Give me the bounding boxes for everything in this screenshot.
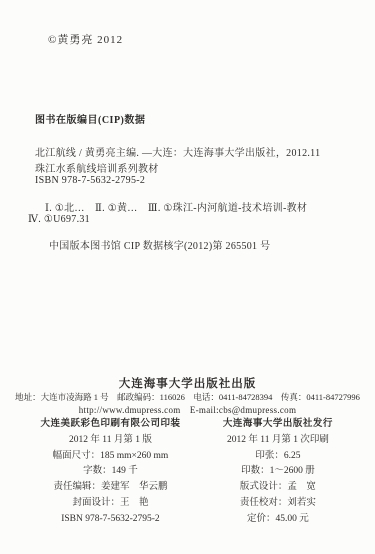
- copyright-notice: ©黄勇亮 2012: [48, 31, 123, 47]
- cip-isbn-line: ISBN 978-7-5632-2795-2: [35, 175, 145, 186]
- colophon-row-counts: 字数：149 千 印数：1～2600 册: [20, 464, 355, 480]
- colophon-row-printer: 大连美跃彩色印刷有限公司印装 大连海事大学出版社发行: [20, 417, 355, 433]
- proofreader: 责任校对：刘若实: [201, 496, 355, 512]
- colophon-row-format: 幅面尺寸：185 mm×260 mm 印张：6.25: [20, 449, 355, 465]
- colophon-row-editors: 责任编辑：姜建军 华云鹏 版式设计：孟 宽: [20, 480, 355, 496]
- book-copyright-page: ©黄勇亮 2012 图书在版编目(CIP)数据 北江航线 / 黄勇亮主编. —大…: [0, 0, 375, 554]
- cip-record-line: 中国版本图书馆 CIP 数据核字(2012)第 265501 号: [49, 237, 270, 252]
- responsible-editors: 责任编辑：姜建军 华云鹏: [20, 480, 201, 496]
- edition-date: 2012 年 11 月第 1 版: [20, 433, 201, 449]
- colophon-table: 大连美跃彩色印刷有限公司印装 大连海事大学出版社发行 2012 年 11 月第 …: [20, 417, 355, 528]
- colophon-row-isbn-price: ISBN 978-7-5632-2795-2 定价：45.00 元: [20, 512, 355, 528]
- sheet-count: 印张：6.25: [201, 449, 355, 465]
- cip-header: 图书在版编目(CIP)数据: [35, 111, 145, 126]
- list-price: 定价：45.00 元: [201, 512, 355, 528]
- colophon-row-design: 封面设计：王 艳 责任校对：刘若实: [20, 496, 355, 512]
- cip-class-line: Ⅳ. ①U697.31: [28, 214, 90, 225]
- distributor-name: 大连海事大学出版社发行: [201, 417, 355, 433]
- publisher-address: 地址：大连市凌海路 1 号 邮政编码：116026 电话：0411-847283…: [0, 391, 375, 403]
- cip-subject-line: Ⅰ. ①北… Ⅱ. ①黄… Ⅲ. ①珠江-内河航道-技术培训-教材: [45, 199, 307, 214]
- cover-designer: 封面设计：王 艳: [20, 496, 201, 512]
- printer-name: 大连美跃彩色印刷有限公司印装: [20, 417, 201, 433]
- cip-series-line: 珠江水系航线培训系列教材: [35, 160, 159, 175]
- print-run: 印数：1～2600 册: [201, 464, 355, 480]
- printing-date: 2012 年 11 月第 1 次印刷: [201, 433, 355, 449]
- publisher-name: 大连海事大学出版社出版: [0, 375, 375, 391]
- colophon-row-edition: 2012 年 11 月第 1 版 2012 年 11 月第 1 次印刷: [20, 433, 355, 449]
- publisher-website: http://www.dmupress.com E-mail:cbs@dmupr…: [0, 403, 375, 416]
- isbn-number: ISBN 978-7-5632-2795-2: [20, 512, 201, 528]
- word-count: 字数：149 千: [20, 464, 201, 480]
- layout-designer: 版式设计：孟 宽: [201, 480, 355, 496]
- cip-title-line: 北江航线 / 黄勇亮主编. —大连：大连海事大学出版社，2012.11: [35, 144, 320, 159]
- page-size: 幅面尺寸：185 mm×260 mm: [20, 449, 201, 465]
